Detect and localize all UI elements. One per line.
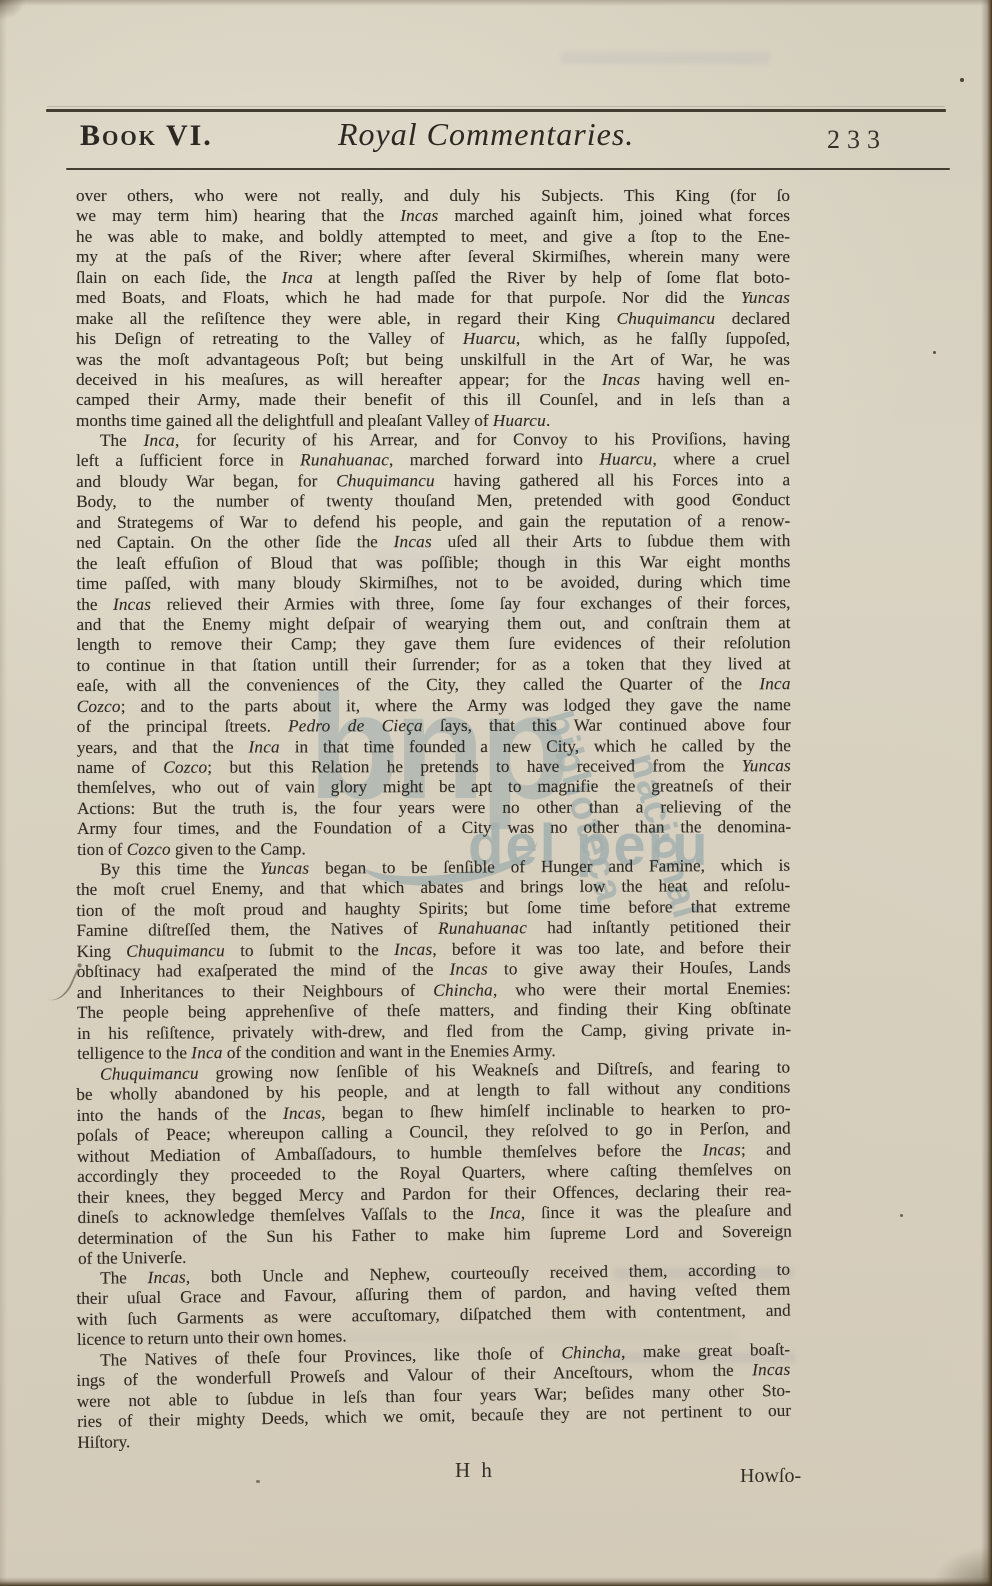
paper-speck: [960, 78, 964, 82]
paragraph: Chuquimancu growing now ſenſible of his …: [76, 1057, 792, 1269]
italic-proper-noun: Yuncas: [260, 859, 309, 878]
text-line: name of Cozco; but this Relation he pret…: [77, 756, 791, 778]
italic-proper-noun: Chuquimancu: [100, 1064, 199, 1084]
catchword: Howſo-: [740, 1465, 801, 1488]
text-line: we may term him) hearing that the Incas …: [76, 206, 790, 226]
text-line: months time gained all the delightfull a…: [76, 411, 790, 431]
italic-proper-noun: Inca: [248, 737, 279, 756]
text-line: ned Captain. On the other ſide the Incas…: [76, 532, 790, 554]
text-line: deceived in his meaſures, as will hereaf…: [76, 370, 790, 390]
italic-proper-noun: Chincha: [561, 1342, 621, 1362]
page-number: 233: [827, 125, 887, 155]
italic-proper-noun: Chuquimancu: [336, 471, 435, 490]
italic-proper-noun: Incas: [113, 595, 151, 614]
italic-proper-noun: Incas: [283, 1103, 321, 1122]
text-line: make all the reſiſtence they were able, …: [76, 309, 790, 329]
text-line: and bloudy War began, for Chuquimancu ha…: [76, 470, 790, 492]
italic-proper-noun: Incas: [147, 1268, 185, 1287]
book-page-scan: Book VI. Royal Commentaries. 233 bnp bib…: [0, 0, 992, 1586]
italic-proper-noun: Inca: [144, 431, 175, 450]
text-line: over others, who were not really, and du…: [76, 186, 790, 206]
italic-proper-noun: Inca: [759, 675, 790, 694]
italic-proper-noun: Inca: [489, 1203, 521, 1222]
paragraph: The Natives of theſe four Provinces, lik…: [76, 1340, 792, 1453]
italic-proper-noun: Runahuanac: [300, 451, 389, 470]
italic-proper-noun: Incas: [450, 960, 488, 979]
text-line: Body, to the number of twenty thouſand M…: [76, 491, 790, 513]
italic-proper-noun: Runahuanac: [438, 919, 527, 939]
italic-proper-noun: Incas: [752, 1360, 791, 1380]
header-rule-top: [46, 109, 946, 112]
text-line: eaſe, with all the conveniences of the C…: [77, 675, 791, 697]
italic-proper-noun: Chuquimancu: [126, 941, 225, 961]
italic-proper-noun: Huarcu: [463, 329, 516, 348]
italic-proper-noun: Cozco: [77, 697, 121, 716]
running-title: Royal Commentaries.: [338, 116, 634, 153]
text-line: length to remove their Camp; they gave t…: [77, 634, 791, 656]
text-line: to continue in that ſtation untill their…: [77, 654, 791, 676]
paragraph: By this time the Yuncas began to be ſenſ…: [76, 856, 791, 1065]
margin-ink-mark: [37, 958, 79, 1006]
text-line: and Strategems of War to defend his peop…: [76, 511, 790, 533]
text-line: time paſſed, with many bloudy Skirmiſhes…: [76, 572, 790, 594]
book-label: Book VI.: [80, 119, 213, 153]
text-line: left a ſufficient force in Runahuanac, m…: [76, 450, 790, 472]
signature-mark: H h: [455, 1458, 495, 1483]
paper-speck: [256, 1480, 260, 1483]
italic-proper-noun: Chuquimancu: [617, 309, 716, 328]
text-line: camped their Army, made their benefit of…: [76, 390, 790, 410]
text-line: themſelves, who out of vain glory might …: [77, 777, 791, 799]
italic-proper-noun: Incas: [602, 370, 640, 389]
italic-proper-noun: Incas: [394, 533, 432, 552]
paragraph: over others, who were not really, and du…: [76, 186, 790, 431]
paragraph: The Incas, both Uncle and Nephew, courte…: [76, 1260, 791, 1351]
page-body-text: over others, who were not really, and du…: [76, 186, 790, 1453]
italic-proper-noun: Huarcu: [493, 411, 546, 430]
italic-proper-noun: Pedro de Cieça: [288, 716, 423, 735]
text-line: the leaſt effuſion of Bloud that was poſ…: [76, 552, 790, 574]
text-line: the Incas relieved their Armies with thr…: [76, 593, 790, 615]
text-line: my at the paſs of the River; where after…: [76, 247, 790, 267]
text-line: years, and that the Inca in that time fo…: [77, 736, 791, 758]
italic-proper-noun: Yuncas: [741, 288, 790, 307]
text-line: The Inca, for ſecurity of his Arrear, an…: [76, 429, 790, 451]
page-edge-bottom: [0, 1577, 992, 1586]
page-edge-top: [0, 0, 992, 6]
text-line: med Boats, and Floats, which he had made…: [76, 288, 790, 308]
italic-proper-noun: Yuncas: [742, 756, 791, 775]
page-corner-shadow: [0, 0, 26, 20]
italic-proper-noun: Inca: [282, 268, 313, 287]
paper-speck: [933, 351, 936, 354]
italic-proper-noun: Incas: [400, 206, 438, 225]
page-edge-left: [0, 0, 7, 1586]
page-edge-right: [981, 0, 992, 1586]
italic-proper-noun: Incas: [394, 940, 432, 959]
show-through-smudge: [560, 52, 770, 64]
text-line: Actions: But the truth is, the four year…: [77, 797, 791, 819]
italic-proper-noun: Cozco: [163, 758, 207, 777]
text-line: his Deſign of retreating to the Valley o…: [76, 329, 790, 349]
paper-speck: [900, 1214, 903, 1217]
text-line: and that the Enemy might deſpair of wear…: [76, 613, 790, 635]
page-corner-shadow: [932, 1546, 992, 1586]
text-line: was the moſt advantageous Poſt; but bein…: [76, 350, 790, 370]
italic-proper-noun: Chincha: [433, 981, 493, 1000]
text-line: of the principal ſtreets. Pedro de Cieça…: [77, 716, 791, 738]
header-rule-bottom: [66, 168, 950, 170]
text-line: ſlain on each ſide, the Inca at length p…: [76, 268, 790, 288]
text-line: Army four times, and the Foundation of a…: [77, 818, 791, 840]
text-line: he was able to make, and boldly attempte…: [76, 227, 790, 247]
italic-proper-noun: Incas: [703, 1140, 741, 1159]
italic-proper-noun: Inca: [191, 1043, 222, 1062]
italic-proper-noun: Huarcu: [599, 450, 652, 469]
paragraph: The Inca, for ſecurity of his Arrear, an…: [76, 429, 791, 860]
italic-proper-noun: Cozco: [127, 840, 171, 859]
text-line: Cozco; and to the parts about it, where …: [77, 695, 791, 717]
